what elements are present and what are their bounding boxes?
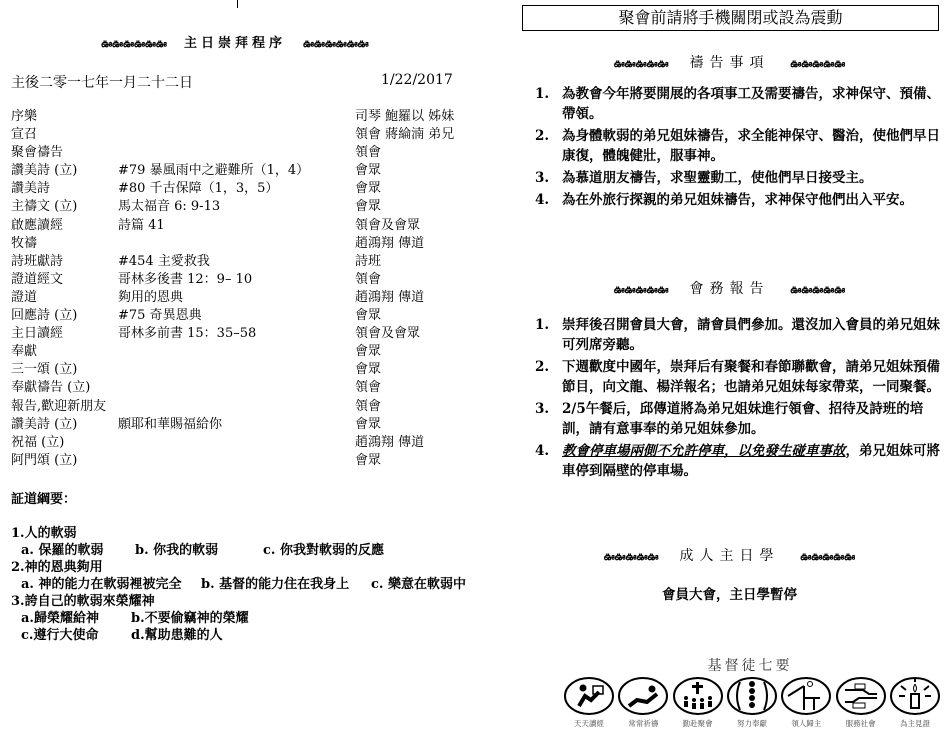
program-row: 主日讀經哥林多前書 15：35–58領會及會眾 bbox=[11, 325, 471, 343]
program-content: #454 主愛救我 bbox=[118, 253, 210, 271]
item-number: 2. bbox=[535, 357, 549, 377]
program-content: 哥林多前書 15：35–58 bbox=[118, 325, 256, 343]
item-number: 4. bbox=[535, 441, 549, 461]
list-item: 2.為身體軟弱的弟兄姐妹禱告，求全能神保守、醫治，使他們早日康復，體魄健壯，服事… bbox=[535, 126, 940, 166]
list-item: 3.為慕道朋友禱告，求聖靈動工，使他們早日接受主。 bbox=[535, 168, 940, 188]
outline-sub: a. 保羅的軟弱 bbox=[21, 542, 103, 559]
ornament-left: ఊఊఊఊఊఊ bbox=[101, 39, 167, 50]
outline-sub: b. 基督的能力住在我身上 bbox=[201, 576, 349, 593]
program-item: 證道 bbox=[11, 289, 37, 307]
sunday-school-title: 成人主日學 bbox=[680, 548, 780, 564]
program-leader: 會眾 bbox=[355, 452, 381, 470]
outline-point-1: 1.人的軟弱 bbox=[11, 525, 481, 542]
program-leader: 會眾 bbox=[355, 180, 381, 198]
program-row: 奉獻禱告 (立)領會 bbox=[11, 379, 471, 397]
program-item: 祝福 (立) bbox=[11, 434, 64, 452]
program-row: 祝福 (立)趙鴻翔 傳道 bbox=[11, 434, 471, 452]
essential-item: 勤赴聚會 bbox=[672, 676, 724, 729]
item-number: 1. bbox=[535, 84, 549, 104]
reading-icon bbox=[563, 676, 615, 716]
essential-item: 服務社會 bbox=[835, 676, 887, 729]
ornament-left: ఊఊఊఊఊ bbox=[614, 59, 669, 70]
program-leader: 趙鴻翔 傳道 bbox=[355, 434, 424, 452]
witness-icon bbox=[889, 676, 941, 716]
program-row: 證道夠用的恩典趙鴻翔 傳道 bbox=[11, 289, 471, 307]
program-content: 哥林多後書 12：9– 10 bbox=[118, 271, 252, 289]
program-content: #75 奇異恩典 bbox=[118, 307, 202, 325]
program-leader: 領會及會眾 bbox=[355, 325, 420, 343]
program-leader: 會眾 bbox=[355, 343, 381, 361]
announcements-title-row: ఊఊఊఊఊ 會務報告 ఊఊఊఊఊ bbox=[522, 278, 937, 298]
program-table: 序樂司琴 鮑羅以 姊妹宣召領會 蔣綸湳 弟兄聚會禱告領會讚美詩 (立)#79 暴… bbox=[11, 108, 471, 470]
program-item: 主日讀經 bbox=[11, 325, 63, 343]
program-leader: 會眾 bbox=[355, 361, 381, 379]
outline-sub: c.遵行大使命 bbox=[21, 627, 98, 644]
program-item: 證道經文 bbox=[11, 271, 63, 289]
program-item: 報告,歡迎新朋友 bbox=[11, 398, 106, 416]
program-row: 三一頌 (立)會眾 bbox=[11, 361, 471, 379]
program-row: 回應詩 (立)#75 奇異恩典會眾 bbox=[11, 307, 471, 325]
program-item: 回應詩 (立) bbox=[11, 307, 77, 325]
essential-item: 為主見證 bbox=[889, 676, 941, 729]
program-leader: 領會 蔣綸湳 弟兄 bbox=[355, 126, 454, 144]
program-row: 宣召領會 蔣綸湳 弟兄 bbox=[11, 126, 471, 144]
date-chinese: 主後二零一七年一月二十二日 bbox=[11, 75, 193, 91]
outline-sub: a. 神的能力在軟弱裡被完全 bbox=[21, 576, 181, 593]
seven-essentials-title: 基督徒七要 bbox=[555, 655, 945, 675]
program-item: 奉獻禱告 (立) bbox=[11, 379, 90, 397]
essential-item: 領人歸主 bbox=[780, 676, 832, 729]
evangelism-icon bbox=[780, 676, 832, 716]
item-text: 為在外旅行探親的弟兄姐妹禱告，求神保守他們出入平安。 bbox=[562, 192, 913, 208]
essential-item: 常常祈禱 bbox=[617, 676, 669, 729]
item-number: 3. bbox=[535, 168, 549, 188]
program-item: 牧禱 bbox=[11, 235, 37, 253]
list-item: 4.教會停車場兩側不允許停車，以免發生碰車事故，弟兄姐妹可將車停到隔壁的停車場。 bbox=[535, 441, 940, 481]
program-row: 啟應讀經詩篇 41領會及會眾 bbox=[11, 217, 471, 235]
program-row: 讚美詩 (立)願耶和華賜福給你會眾 bbox=[11, 416, 471, 434]
program-row: 阿門頌 (立)會眾 bbox=[11, 452, 471, 470]
sunday-school-text: 會員大會，主日學暫停 bbox=[522, 583, 937, 603]
sunday-school-title-row: ఊఊఊఊఊ 成人主日學 ఊఊఊఊఊ bbox=[522, 545, 937, 565]
outline-sub: c. 你我對軟弱的反應 bbox=[263, 542, 384, 559]
outline-point-3-subs-b: c.遵行大使命 d.幫助患難的人 bbox=[11, 627, 481, 644]
program-title-row: ఊఊఊఊఊఊ 主日崇拜程序 ఊఊఊఊఊఊ bbox=[0, 32, 470, 52]
date-line: 主後二零一七年一月二十二日 1/22/2017 bbox=[11, 72, 441, 92]
program-item: 三一頌 (立) bbox=[11, 361, 77, 379]
program-item: 宣召 bbox=[11, 126, 37, 144]
program-item: 啟應讀經 bbox=[11, 217, 63, 235]
ornament-right: ఊఊఊఊఊఊ bbox=[303, 39, 369, 50]
program-item: 詩班獻詩 bbox=[11, 253, 63, 271]
program-row: 奉獻會眾 bbox=[11, 343, 471, 361]
program-leader: 會眾 bbox=[355, 198, 381, 216]
seven-essentials-icons: 天天讀經常常祈禱勤赴聚會努力奉獻領人歸主服務社會為主見證 bbox=[563, 676, 941, 729]
essential-label: 天天讀經 bbox=[574, 718, 604, 729]
program-leader: 趙鴻翔 傳道 bbox=[355, 235, 424, 253]
list-item: 1.為教會今年將要開展的各項事工及需要禱告，求神保守、預備、帶領。 bbox=[535, 84, 940, 124]
list-item: 1.崇拜後召開會員大會，請會員們參加。還沒加入會員的弟兄姐妹可列席旁聽。 bbox=[535, 315, 940, 355]
program-row: 報告,歡迎新朋友領會 bbox=[11, 398, 471, 416]
item-number: 3. bbox=[535, 399, 549, 419]
program-leader: 會眾 bbox=[355, 162, 381, 180]
ornament-left: ఊఊఊఊఊ bbox=[614, 285, 669, 296]
date-numeric: 1/22/2017 bbox=[381, 72, 453, 88]
program-leader: 會眾 bbox=[355, 416, 381, 434]
program-row: 序樂司琴 鮑羅以 姊妹 bbox=[11, 108, 471, 126]
program-leader: 領會 bbox=[355, 271, 381, 289]
offering-icon bbox=[726, 676, 778, 716]
program-content: 願耶和華賜福給你 bbox=[118, 416, 222, 434]
essential-item: 努力奉獻 bbox=[726, 676, 778, 729]
program-item: 讚美詩 bbox=[11, 180, 50, 198]
sermon-outline: 証道綱要： 1.人的軟弱 a. 保羅的軟弱 b. 你我的軟弱 c. 你我對軟弱的… bbox=[11, 488, 481, 644]
item-number: 2. bbox=[535, 126, 549, 146]
program-leader: 司琴 鮑羅以 姊妹 bbox=[355, 108, 454, 126]
program-content: #80 千古保障（1，3，5） bbox=[118, 180, 278, 198]
list-item: 2.下週歡度中國年，崇拜后有聚餐和春節聯歡會，請弟兄姐妹預備節目，向文龍、楊洋報… bbox=[535, 357, 940, 397]
item-text: 2/5午餐后，邱傳道將為弟兄姐妹進行領會、招待及詩班的培訓，請有意事奉的弟兄姐妹… bbox=[562, 401, 923, 437]
essential-label: 努力奉獻 bbox=[737, 718, 767, 729]
item-text: 下週歡度中國年，崇拜后有聚餐和春節聯歡會，請弟兄姐妹預備節目，向文龍、楊洋報名；… bbox=[562, 359, 940, 395]
phone-notice-box: 聚會前請將手機關閉或設為震動 bbox=[522, 5, 939, 31]
outline-point-3-subs-a: a.歸榮耀給神 b.不要偷竊神的榮耀 bbox=[11, 610, 481, 627]
outline-point-2: 2.神的恩典夠用 bbox=[11, 559, 481, 576]
outline-point-1-subs: a. 保羅的軟弱 b. 你我的軟弱 c. 你我對軟弱的反應 bbox=[11, 542, 481, 559]
prayer-list: 1.為教會今年將要開展的各項事工及需要禱告，求神保守、預備、帶領。2.為身體軟弱… bbox=[535, 84, 940, 212]
ornament-left: ఊఊఊఊఊ bbox=[604, 552, 659, 563]
program-leader: 領會 bbox=[355, 144, 381, 162]
essential-label: 為主見證 bbox=[900, 718, 930, 729]
announcements-list: 1.崇拜後召開會員大會，請會員們參加。還沒加入會員的弟兄姐妹可列席旁聽。2.下週… bbox=[535, 315, 940, 483]
ornament-right: ఊఊఊఊఊ bbox=[790, 59, 845, 70]
prayer-title: 禱告事項 bbox=[690, 55, 770, 71]
program-row: 牧禱趙鴻翔 傳道 bbox=[11, 235, 471, 253]
essential-label: 勤赴聚會 bbox=[683, 718, 713, 729]
program-row: 主禱文 (立)馬太福音 6: 9-13會眾 bbox=[11, 198, 471, 216]
outline-point-2-subs: a. 神的能力在軟弱裡被完全 b. 基督的能力住在我身上 c. 樂意在軟弱中 bbox=[11, 576, 481, 593]
outline-sub: b. 你我的軟弱 bbox=[135, 542, 218, 559]
ornament-right: ఊఊఊఊఊ bbox=[790, 285, 845, 296]
praying-icon bbox=[617, 676, 669, 716]
item-number: 4. bbox=[535, 190, 549, 210]
essential-label: 領人歸主 bbox=[791, 718, 821, 729]
program-row: 讚美詩#80 千古保障（1，3，5）會眾 bbox=[11, 180, 471, 198]
essential-label: 常常祈禱 bbox=[628, 718, 658, 729]
program-row: 聚會禱告領會 bbox=[11, 144, 471, 162]
item-text: 為身體軟弱的弟兄姐妹禱告，求全能神保守、醫治，使他們早日康復，體魄健壯，服事神。 bbox=[562, 128, 940, 164]
essential-item: 天天讀經 bbox=[563, 676, 615, 729]
program-leader: 趙鴻翔 傳道 bbox=[355, 289, 424, 307]
program-item: 讚美詩 (立) bbox=[11, 416, 77, 434]
program-content: 馬太福音 6: 9-13 bbox=[118, 198, 220, 216]
announcements-title: 會務報告 bbox=[690, 281, 770, 297]
program-row: 證道經文哥林多後書 12：9– 10領會 bbox=[11, 271, 471, 289]
program-item: 序樂 bbox=[11, 108, 37, 126]
worship-program-panel: ఊఊఊఊఊఊ 主日崇拜程序 ఊఊఊఊఊఊ 主後二零一七年一月二十二日 1/22/… bbox=[0, 0, 480, 741]
program-leader: 領會及會眾 bbox=[355, 217, 420, 235]
list-item: 3.2/5午餐后，邱傳道將為弟兄姐妹進行領會、招待及詩班的培訓，請有意事奉的弟兄… bbox=[535, 399, 940, 439]
emphasized-text: 教會停車場兩側不允許停車，以免發生碰車事故 bbox=[562, 443, 846, 459]
program-leader: 詩班 bbox=[355, 253, 381, 271]
service-icon bbox=[835, 676, 887, 716]
program-leader: 領會 bbox=[355, 379, 381, 397]
program-row: 讚美詩 (立)#79 暴風雨中之避難所（1，4）會眾 bbox=[11, 162, 471, 180]
ornament-right: ఊఊఊఊఊ bbox=[800, 552, 855, 563]
outline-sub: d.幫助患難的人 bbox=[131, 627, 223, 644]
outline-sub: b.不要偷竊神的榮耀 bbox=[131, 610, 249, 627]
outline-sub: c. 樂意在軟弱中 bbox=[371, 576, 466, 593]
program-item: 讚美詩 (立) bbox=[11, 162, 77, 180]
outline-point-3: 3.誇自己的軟弱來榮耀神 bbox=[11, 593, 481, 610]
program-leader: 會眾 bbox=[355, 307, 381, 325]
program-content: #79 暴風雨中之避難所（1，4） bbox=[118, 162, 309, 180]
essential-label: 服務社會 bbox=[846, 718, 876, 729]
sermon-outline-heading: 証道綱要： bbox=[11, 488, 481, 507]
program-content: 夠用的恩典 bbox=[118, 289, 183, 307]
program-item: 聚會禱告 bbox=[11, 144, 63, 162]
prayer-title-row: ఊఊఊఊఊ 禱告事項 ఊఊఊఊఊ bbox=[522, 52, 937, 72]
list-item: 4.為在外旅行探親的弟兄姐妹禱告，求神保守他們出入平安。 bbox=[535, 190, 940, 210]
program-leader: 領會 bbox=[355, 398, 381, 416]
gathering-icon bbox=[672, 676, 724, 716]
item-text: 崇拜後召開會員大會，請會員們參加。還沒加入會員的弟兄姐妹可列席旁聽。 bbox=[562, 317, 940, 353]
program-item: 主禱文 (立) bbox=[11, 198, 77, 216]
program-title: 主日崇拜程序 bbox=[184, 36, 286, 51]
item-text: 為慕道朋友禱告，求聖靈動工，使他們早日接受主。 bbox=[562, 170, 873, 186]
program-item: 阿門頌 (立) bbox=[11, 452, 77, 470]
outline-sub: a.歸榮耀給神 bbox=[21, 610, 99, 627]
item-text: 為教會今年將要開展的各項事工及需要禱告，求神保守、預備、帶領。 bbox=[562, 86, 940, 122]
program-content: 詩篇 41 bbox=[118, 217, 165, 235]
item-number: 1. bbox=[535, 315, 549, 335]
program-item: 奉獻 bbox=[11, 343, 37, 361]
program-row: 詩班獻詩#454 主愛救我詩班 bbox=[11, 253, 471, 271]
